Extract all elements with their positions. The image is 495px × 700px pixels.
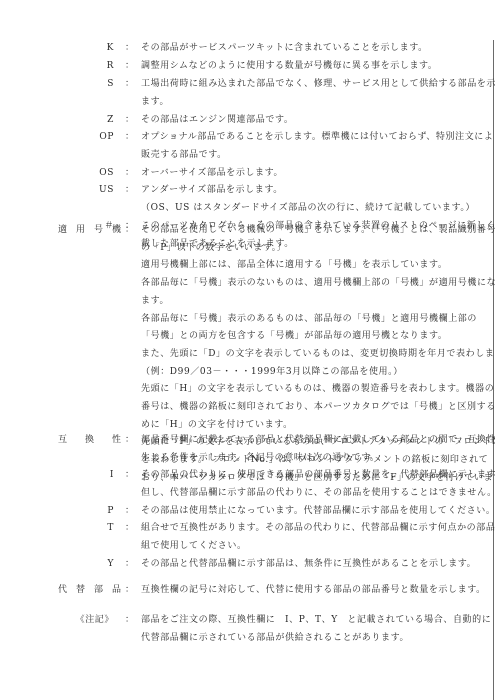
section-label: 代替部品 (58, 582, 130, 600)
code-label: P (100, 503, 114, 521)
code-label: Y (100, 556, 114, 574)
code-desc: 但し、代替部品欄に示す部品の代わりに、その部品を使用することはできません。 (141, 485, 495, 503)
code-label: I (100, 467, 114, 485)
note-line: 部品をご注文の際、互換性欄に I、P、T、Y と記載されている場合、自動的に (141, 612, 491, 630)
code-desc: 組合せで互換性があります。その部品の代わりに、代替部品欄に示す何点かの部品と (141, 520, 495, 538)
section-line: 生じる条件を示します。各記号の意味は次の通りです。 (141, 450, 380, 468)
code-desc: 組で使用してください。 (141, 538, 247, 556)
note-line: 代替部品欄に示されている部品が供給されることがあります。 (141, 630, 409, 648)
colon: ： (125, 612, 135, 630)
colon: ： (125, 503, 135, 521)
code-desc: その部品は使用禁止になっています。代替部品欄に示す部品を使用してください。 (141, 503, 495, 521)
interchangeability-block: 互換性 ： 部品番号欄に記載している部品と代替部品欄に記載している部品との間で、… (0, 0, 495, 700)
code-desc: その部品と代替部品欄に示す部品は、無条件に互換性があることを示します。 (141, 556, 476, 574)
code-label: T (100, 520, 114, 538)
section-line: 部品番号欄に記載している部品と代替部品欄に記載している部品との間で、互換性の (141, 432, 495, 450)
colon: ： (125, 467, 135, 485)
colon: ： (125, 556, 135, 574)
note-label: 《注記》 (70, 612, 114, 630)
code-desc: その部品の代わりに、使用できる部品の部品番号と数量を、代替部品欄に示します。 (141, 467, 495, 485)
colon: ： (125, 432, 135, 450)
colon: ： (125, 520, 135, 538)
section-line: 互換性欄の記号に対応して、代替に使用する部品の部品番号と数量を示します。 (141, 582, 486, 600)
colon: ： (125, 582, 135, 600)
